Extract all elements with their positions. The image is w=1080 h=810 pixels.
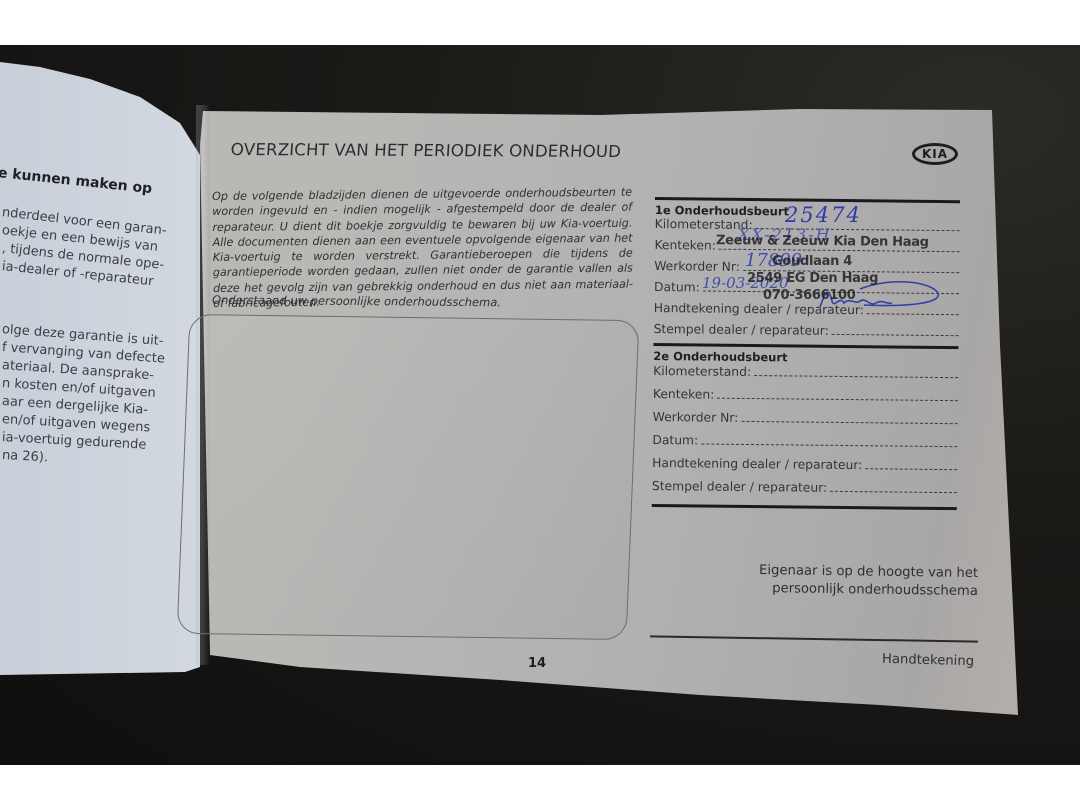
field-label: Stempel dealer / reparateur: bbox=[654, 321, 829, 339]
field-line bbox=[830, 490, 957, 493]
field-stempel[interactable]: Stempel dealer / reparateur: bbox=[654, 316, 959, 340]
field-line bbox=[832, 333, 959, 336]
page-title: OVERZICHT VAN HET PERIODIEK ONDERHOUD bbox=[230, 140, 623, 161]
kia-logo-text: KIA bbox=[922, 147, 948, 161]
divider bbox=[653, 343, 958, 349]
kia-logo-icon: KIA bbox=[912, 143, 958, 165]
field-label: Werkorder Nr: bbox=[653, 409, 739, 426]
field-label: Kilometerstand: bbox=[653, 363, 751, 380]
field-line bbox=[741, 420, 957, 424]
dealer-stamp-street: Goudlaan 4 bbox=[772, 254, 852, 269]
field-line bbox=[717, 397, 958, 402]
handwritten-kilometerstand: 25474 bbox=[785, 203, 862, 227]
field-kenteken[interactable]: Kenteken: bbox=[653, 379, 958, 405]
service-2: 2e Onderhoudsbeurt Kilometerstand: Kente… bbox=[652, 343, 959, 510]
left-paragraph-line: na 26). bbox=[2, 448, 49, 465]
field-label: Kenteken: bbox=[653, 386, 715, 403]
field-line bbox=[701, 442, 957, 447]
field-label: Datum: bbox=[654, 279, 700, 295]
field-datum[interactable]: Datum: bbox=[652, 425, 957, 451]
schema-label: Onderstaand uw persoonlijke onderhoudssc… bbox=[212, 293, 501, 310]
field-label: Werkorder Nr: bbox=[654, 258, 740, 275]
dealer-stamp-phone: 070-3666100 bbox=[763, 288, 856, 303]
dealer-stamp-name: Zeeuw & Zeeuw Kia Den Haag bbox=[716, 233, 929, 250]
field-label: Datum: bbox=[652, 432, 698, 448]
field-werkorder[interactable]: Werkorder Nr: bbox=[653, 402, 958, 428]
field-label: Handtekening dealer / reparateur: bbox=[652, 455, 862, 473]
dealer-stamp-city: 2549 EG Den Haag bbox=[747, 271, 878, 286]
owner-acknowledgement: Eigenaar is op de hoogte van het persoon… bbox=[686, 561, 978, 601]
field-handtekening[interactable]: Handtekening dealer / reparateur: bbox=[652, 448, 957, 474]
field-label: Kenteken: bbox=[654, 237, 716, 254]
divider bbox=[652, 504, 957, 510]
field-line bbox=[754, 374, 958, 378]
booklet-photo: e kunnen maken op nderdeel voor een gara… bbox=[0, 45, 1080, 765]
left-heading: e kunnen maken op bbox=[0, 165, 153, 197]
field-label: Stempel dealer / reparateur: bbox=[652, 478, 827, 496]
page-number: 14 bbox=[528, 656, 546, 671]
owner-signature-label: Handtekening bbox=[882, 652, 974, 669]
schema-sticker-area bbox=[177, 314, 640, 640]
field-kilometerstand[interactable]: Kilometerstand: bbox=[653, 363, 958, 382]
field-line bbox=[865, 467, 957, 470]
field-stempel[interactable]: Stempel dealer / reparateur: bbox=[652, 471, 957, 497]
